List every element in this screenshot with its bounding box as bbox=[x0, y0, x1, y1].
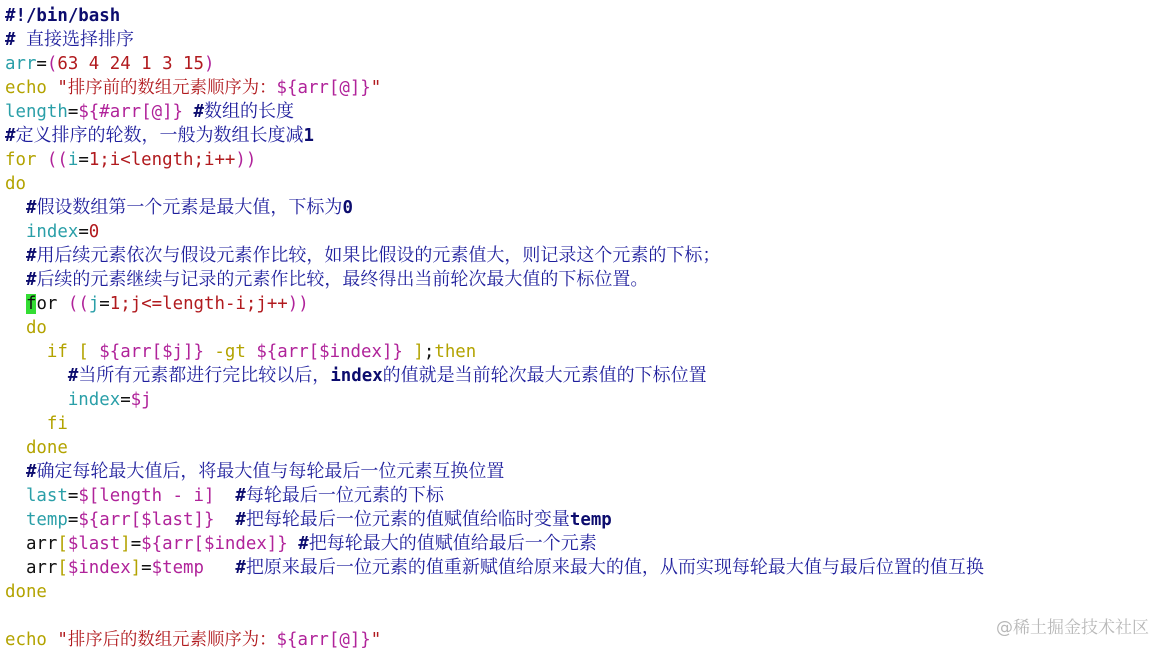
code-token-sub: )) bbox=[288, 294, 309, 314]
code-token-plain bbox=[5, 222, 26, 242]
code-line[interactable]: echo "排序前的数组元素顺序为：${arr[@]}" bbox=[5, 76, 984, 100]
code-line[interactable]: #确定每轮最大值后，将最大值与每轮最后一位元素互换位置 bbox=[5, 460, 984, 484]
text-cursor: f bbox=[26, 294, 36, 314]
code-token-plain bbox=[5, 270, 26, 290]
code-token-plain bbox=[214, 486, 235, 506]
code-line[interactable]: index=0 bbox=[5, 220, 984, 244]
code-token-str: " bbox=[371, 78, 381, 98]
code-token-comment: 把原来最后一位元素的值重新赋值给原来最大的值，从而实现每轮最大值与最后位置的值互… bbox=[246, 557, 984, 578]
code-token-plain bbox=[5, 414, 47, 434]
code-token-plain bbox=[5, 510, 26, 530]
code-token-sub: $[length - i] bbox=[78, 486, 214, 506]
code-token-op: = bbox=[120, 390, 130, 410]
code-token-sub: ( bbox=[47, 54, 57, 74]
code-token-var: arr bbox=[5, 54, 36, 74]
code-token-plain bbox=[5, 486, 26, 506]
code-line[interactable]: #假设数组第一个元素是最大值，下标为0 bbox=[5, 196, 984, 220]
code-line[interactable]: #用后续元素依次与假设元素作比较，如果比假设的元素值大，则记录这个元素的下标； bbox=[5, 244, 984, 268]
code-token-kw: for bbox=[5, 150, 47, 170]
code-line[interactable]: if [ ${arr[$j]} -gt ${arr[$index]} ];the… bbox=[5, 340, 984, 364]
code-token-comment: 确定每轮最大值后，将最大值与每轮最后一位元素互换位置 bbox=[36, 461, 504, 482]
code-token-plain bbox=[5, 198, 26, 218]
code-line[interactable]: done bbox=[5, 436, 984, 460]
code-token-sub: $temp bbox=[152, 558, 204, 578]
watermark: @稀土掘金技术社区 bbox=[996, 613, 1149, 638]
code-token-comment: 当所有元素都进行完比较以后， bbox=[78, 365, 330, 386]
code-token-comment: 把每轮最大的值赋值给最后一个元素 bbox=[309, 533, 597, 554]
code-token-cbold: # bbox=[5, 30, 26, 50]
code-token-sub: $index bbox=[68, 558, 131, 578]
code-line[interactable]: done bbox=[5, 580, 984, 604]
code-token-kw: if [ bbox=[47, 342, 99, 362]
code-token-sub: ${arr[$last]} bbox=[78, 510, 214, 530]
code-token-kw: [ bbox=[57, 534, 67, 554]
code-line[interactable]: arr[$last]=${arr[$index]} #把每轮最大的值赋值给最后一… bbox=[5, 532, 984, 556]
code-token-comment: 每轮最后一位元素的下标 bbox=[246, 485, 444, 506]
code-token-num: 0 bbox=[89, 222, 99, 242]
code-token-kw: echo bbox=[5, 78, 57, 98]
code-line[interactable]: for ((i=1;i<length;i++)) bbox=[5, 148, 984, 172]
code-token-comment: 的值就是当前轮次最大元素值的下标位置 bbox=[383, 365, 707, 386]
code-line[interactable]: last=$[length - i] #每轮最后一位元素的下标 bbox=[5, 484, 984, 508]
code-token-kw: [ bbox=[57, 558, 67, 578]
code-token-op: = bbox=[78, 150, 88, 170]
code-token-plain bbox=[5, 342, 47, 362]
code-line[interactable]: arr=(63 4 24 1 3 15) bbox=[5, 52, 984, 76]
code-token-comment: 定义排序的轮数，一般为数组长度减 bbox=[15, 125, 303, 146]
code-token-op: = bbox=[36, 54, 46, 74]
code-token-comment: 把每轮最后一位元素的值赋值给临时变量 bbox=[246, 509, 570, 530]
code-token-str: "排序后的数组元素顺序为： bbox=[57, 630, 276, 650]
code-token-cbold: # bbox=[26, 246, 36, 266]
code-line[interactable]: #后续的元素继续与记录的元素作比较，最终得出当前轮次最大值的下标位置。 bbox=[5, 268, 984, 292]
code-line[interactable]: do bbox=[5, 316, 984, 340]
code-token-sub: (( bbox=[47, 150, 68, 170]
code-token-op: = bbox=[131, 534, 141, 554]
code-token-plain: ; bbox=[424, 342, 434, 362]
code-token-cbold: # bbox=[5, 126, 15, 146]
code-token-kw: then bbox=[434, 342, 476, 362]
code-token-op: = bbox=[68, 486, 78, 506]
code-token-sub: )) bbox=[235, 150, 256, 170]
code-token-sub: ${arr[@]} bbox=[277, 78, 371, 98]
code-line[interactable]: #定义排序的轮数，一般为数组长度减1 bbox=[5, 124, 984, 148]
code-token-cbold: # bbox=[26, 270, 36, 290]
code-token-kw: ] bbox=[403, 342, 424, 362]
code-token-plain: or bbox=[36, 294, 67, 314]
code-token-var: length bbox=[5, 102, 68, 122]
code-token-plain bbox=[5, 246, 26, 266]
code-token-cbold: # bbox=[298, 534, 308, 554]
code-token-plain bbox=[204, 558, 235, 578]
code-token-cbold: # bbox=[26, 198, 36, 218]
code-line[interactable]: index=$j bbox=[5, 388, 984, 412]
code-token-str: "排序前的数组元素顺序为： bbox=[57, 78, 276, 98]
code-token-plain bbox=[183, 102, 193, 122]
code-line[interactable]: echo "排序后的数组元素顺序为：${arr[@]}" bbox=[5, 628, 984, 652]
code-line[interactable] bbox=[5, 604, 984, 628]
code-token-var: index bbox=[68, 390, 120, 410]
code-line[interactable]: arr[$index]=$temp #把原来最后一位元素的值重新赋值给原来最大的… bbox=[5, 556, 984, 580]
code-token-plain bbox=[214, 510, 235, 530]
code-token-cbold: 0 bbox=[342, 198, 352, 218]
code-token-plain bbox=[5, 366, 68, 386]
code-line[interactable]: fi bbox=[5, 412, 984, 436]
code-token-kw: done bbox=[5, 582, 47, 602]
code-line[interactable]: # 直接选择排序 bbox=[5, 28, 984, 52]
code-token-cbold: # bbox=[26, 462, 36, 482]
code-token-plain bbox=[5, 390, 68, 410]
code-token-cbold: #!/bin/bash bbox=[5, 6, 120, 26]
code-line[interactable]: #当所有元素都进行完比较以后，index的值就是当前轮次最大元素值的下标位置 bbox=[5, 364, 984, 388]
code-token-kw: echo bbox=[5, 630, 57, 650]
code-line[interactable]: for ((j=1;j<=length-i;j++)) bbox=[5, 292, 984, 316]
code-token-cbold: 1 bbox=[303, 126, 313, 146]
code-token-plain bbox=[288, 534, 298, 554]
code-token-var: j bbox=[89, 294, 99, 314]
code-token-cbold: # bbox=[194, 102, 204, 122]
code-token-kw: ] bbox=[120, 534, 130, 554]
code-token-kw: fi bbox=[47, 414, 68, 434]
code-line[interactable]: length=${#arr[@]} #数组的长度 bbox=[5, 100, 984, 124]
code-token-cbold: # bbox=[68, 366, 78, 386]
code-token-num: 1;j<=length-i;j++ bbox=[110, 294, 288, 314]
code-token-sub: ${arr[$j]} bbox=[99, 342, 204, 362]
code-token-comment: 用后续元素依次与假设元素作比较，如果比假设的元素值大，则记录这个元素的下标； bbox=[36, 245, 720, 266]
code-token-op: = bbox=[141, 558, 151, 578]
code-token-sub: ${#arr[@]} bbox=[78, 102, 183, 122]
code-token-plain bbox=[5, 462, 26, 482]
code-token-sub: (( bbox=[68, 294, 89, 314]
code-token-var: last bbox=[26, 486, 68, 506]
code-token-comment: 假设数组第一个元素是最大值，下标为 bbox=[36, 197, 342, 218]
code-token-sub: $j bbox=[131, 390, 152, 410]
code-token-op: = bbox=[68, 510, 78, 530]
code-token-op: = bbox=[68, 102, 78, 122]
code-token-var: index bbox=[26, 222, 78, 242]
code-line[interactable]: do bbox=[5, 172, 984, 196]
code-token-sub: ${arr[$index]} bbox=[141, 534, 288, 554]
code-token-comment: 数组的长度 bbox=[204, 101, 294, 122]
code-token-plain bbox=[5, 438, 26, 458]
code-token-str: " bbox=[371, 630, 381, 650]
code-token-sub: ) bbox=[204, 54, 214, 74]
code-token-kw: -gt bbox=[204, 342, 256, 362]
code-token-plain: arr bbox=[5, 534, 57, 554]
code-token-comment: 直接选择排序 bbox=[26, 29, 134, 50]
code-token-kw: done bbox=[26, 438, 68, 458]
code-token-cbold: index bbox=[330, 366, 382, 386]
code-token-sub: $last bbox=[68, 534, 120, 554]
code-token-var: i bbox=[68, 150, 78, 170]
code-token-cbold: # bbox=[235, 486, 245, 506]
code-token-kw: ] bbox=[131, 558, 141, 578]
code-line[interactable]: #!/bin/bash bbox=[5, 4, 984, 28]
code-token-plain: arr bbox=[5, 558, 57, 578]
code-token-var: temp bbox=[26, 510, 68, 530]
code-token-cbold: # bbox=[235, 510, 245, 530]
code-token-num: 1;i<length;i++ bbox=[89, 150, 236, 170]
code-token-num: 63 4 24 1 3 15 bbox=[57, 54, 204, 74]
code-token-kw: do bbox=[5, 174, 26, 194]
code-token-sub: ${arr[@]} bbox=[277, 630, 371, 650]
code-token-cbold: # bbox=[235, 558, 245, 578]
code-token-sub: ${arr[$index]} bbox=[256, 342, 403, 362]
code-token-op: = bbox=[99, 294, 109, 314]
code-token-cbold: temp bbox=[570, 510, 612, 530]
code-token-kw: do bbox=[26, 318, 47, 338]
code-token-op: = bbox=[78, 222, 88, 242]
code-token-plain bbox=[5, 294, 26, 314]
code-editor[interactable]: #!/bin/bash# 直接选择排序arr=(63 4 24 1 3 15)e… bbox=[5, 4, 984, 652]
code-token-comment: 后续的元素继续与记录的元素作比较，最终得出当前轮次最大值的下标位置。 bbox=[36, 269, 648, 290]
code-token-plain bbox=[5, 318, 26, 338]
code-line[interactable]: temp=${arr[$last]} #把每轮最后一位元素的值赋值给临时变量te… bbox=[5, 508, 984, 532]
